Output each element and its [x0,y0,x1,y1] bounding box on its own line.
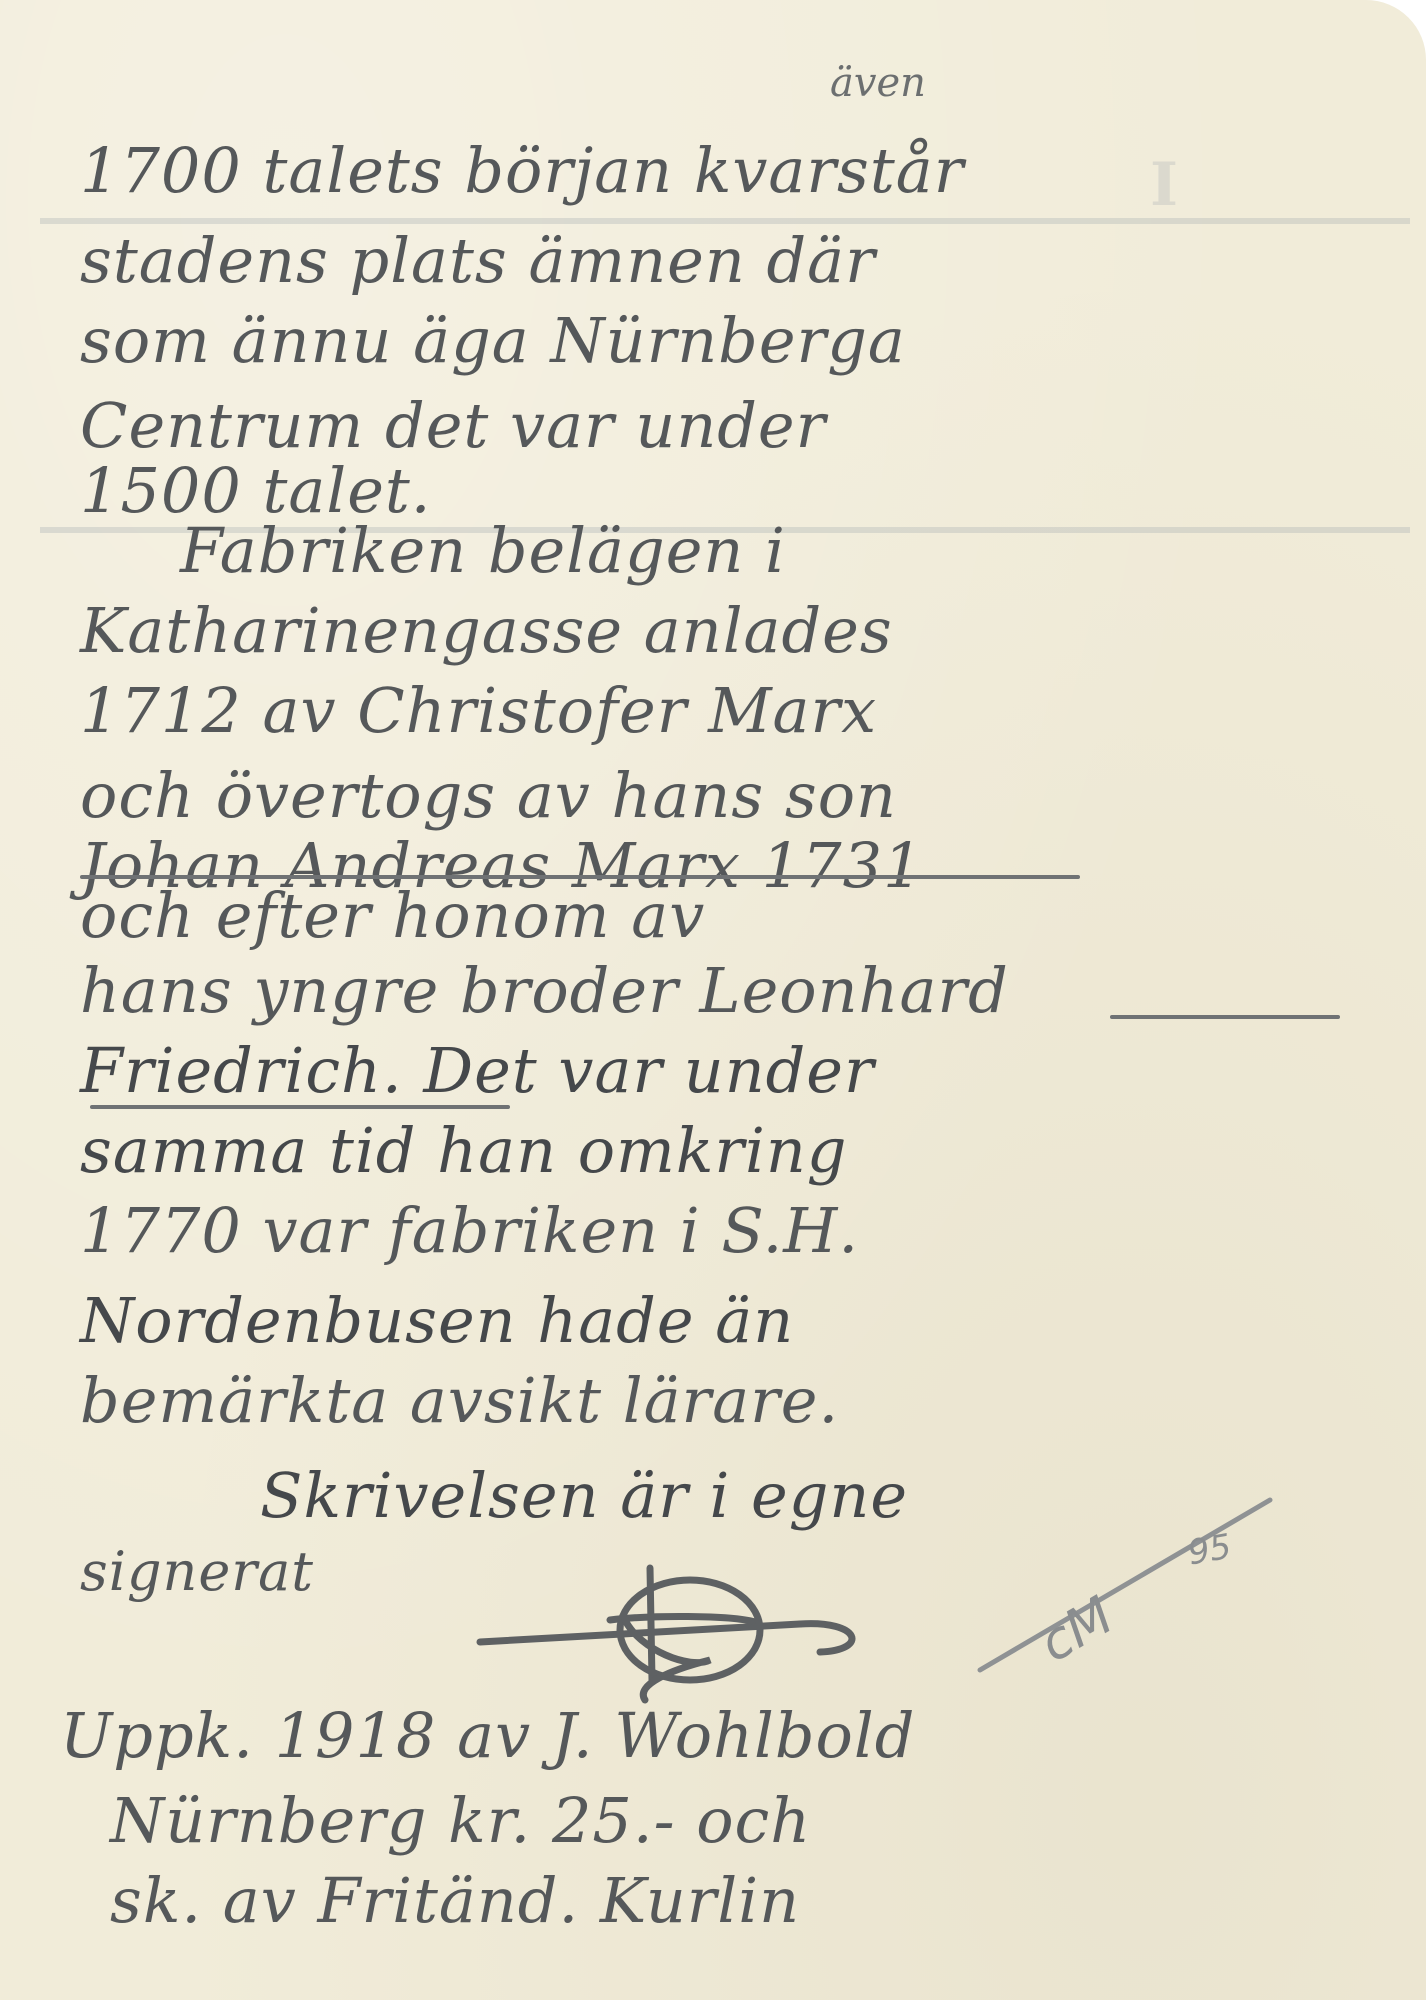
showthrough-letterhead: I [1150,150,1178,220]
text-line-9: och övertogs av hans son [80,765,897,827]
text-line-8: 1712 av Christofer Marx [80,680,877,742]
underline-friedrich [90,1105,510,1109]
text-line-5: 1500 talet. [80,460,432,522]
text-line-14: samma tid han omkring [80,1120,847,1182]
footer-line-2: Nürnberg kr. 25.- och [110,1790,811,1852]
text-line-7: Katharinengasse anlades [80,600,893,662]
text-line-13: Friedrich. Det var under [80,1040,875,1102]
text-line-17: bemärkta avsikt lärare. [80,1370,839,1432]
text-line-1: 1700 talets början kvarstår [80,140,964,202]
text-line-3: som ännu äga Nürnberga [80,310,906,372]
pencil-diagonal-stroke [970,1490,1290,1690]
text-line-4: Centrum det var under [80,395,826,457]
footer-line-1: Uppk. 1918 av J. Wohlbold [60,1705,915,1767]
text-line-6: Fabriken belägen i [180,520,786,582]
text-line-12: hans yngre broder Leonhard [80,960,1009,1022]
text-line-18: Skrivelsen är i egne [260,1465,908,1527]
footer-line-3: sk. av Fritänd. Kurlin [110,1870,800,1932]
text-line-11: och efter honom av [80,885,705,947]
text-line-15: 1770 var fabriken i S.H. [80,1200,859,1262]
text-line-2: stadens plats ämnen där [80,230,876,292]
insertion-above-line: även [830,60,926,106]
text-line-19: signerat [80,1545,314,1599]
signature-monogram [470,1560,870,1710]
pencil-annotation-number: 95 [1185,1527,1235,1574]
underline-leonhard [1110,1015,1340,1019]
text-line-16: Nordenbusen hade än [80,1290,794,1352]
